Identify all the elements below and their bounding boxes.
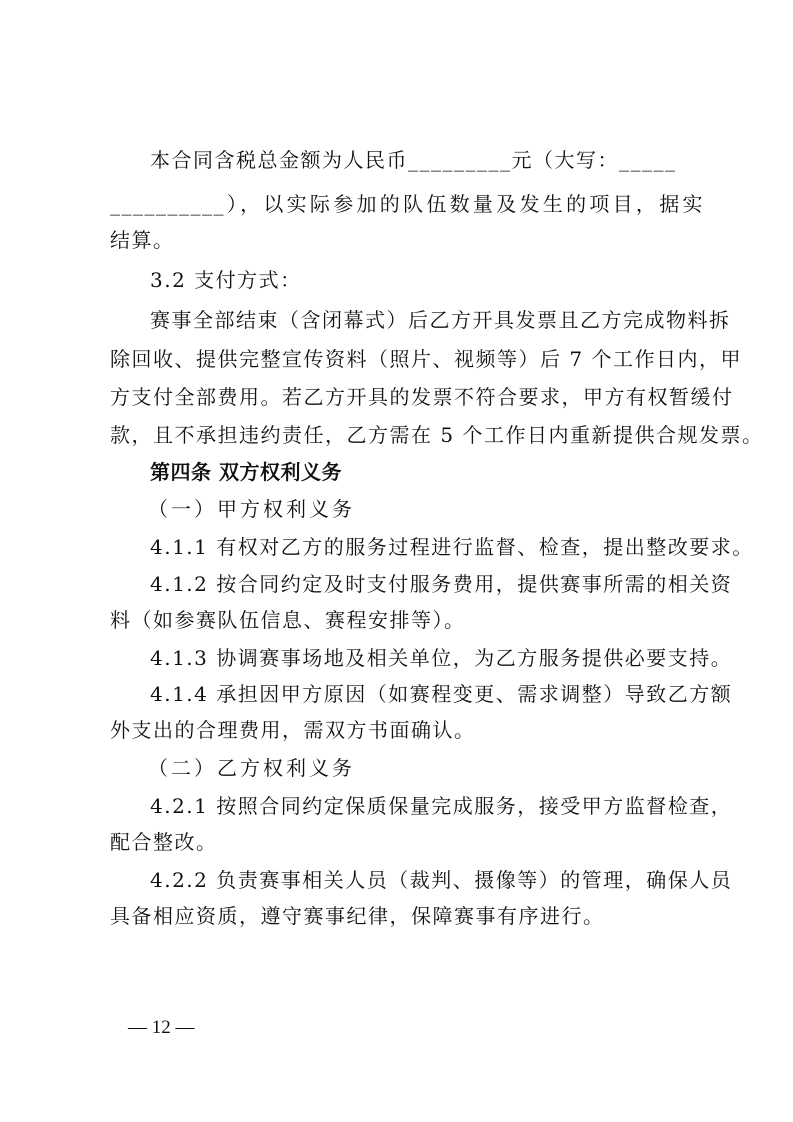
paragraph-line: 本合同含税总金额为人民币_________元（大写：_____ — [150, 148, 750, 172]
subsection-heading: （二）乙方权利义务 — [148, 756, 748, 780]
clause-line: 4.1.3 协调赛事场地及相关单位，为乙方服务提供必要支持。 — [150, 646, 750, 670]
paragraph-line: 款，且不承担违约责任，乙方需在 5 个工作日内重新提供合规发票。 — [110, 423, 704, 447]
clause-line: 4.1.2 按合同约定及时支付服务费用，提供赛事所需的相关资 — [150, 572, 704, 596]
paragraph-line: 方支付全部费用。若乙方开具的发票不符合要求，甲方有权暂缓付 — [110, 385, 704, 409]
clause-line: 4.2.1 按照合同约定保质保量完成服务，接受甲方监督检查， — [150, 794, 704, 818]
paragraph-line: 结算。 — [110, 228, 710, 252]
page-number: — 12 — — [128, 1017, 195, 1039]
clause-line: 4.1.1 有权对乙方的服务过程进行监督、检查，提出整改要求。 — [150, 535, 750, 559]
subsection-heading: （一）甲方权利义务 — [148, 497, 748, 521]
article-heading: 第四条 双方权利义务 — [150, 460, 750, 484]
clause-line: 具备相应资质，遵守赛事纪律，保障赛事有序进行。 — [110, 904, 710, 928]
clause-line: 配合整改。 — [110, 830, 710, 854]
clause-line: 外支出的合理费用，需双方书面确认。 — [110, 718, 710, 742]
clause-line: 4.1.4 承担因甲方原因（如赛程变更、需求调整）导致乙方额 — [150, 682, 704, 706]
clause-line: 4.2.2 负责赛事相关人员（裁判、摄像等）的管理，确保人员 — [150, 868, 704, 892]
paragraph-line: 除回收、提供完整宣传资料（照片、视频等）后 7 个工作日内，甲 — [110, 347, 704, 371]
paragraph-line: 赛事全部结束（含闭幕式）后乙方开具发票且乙方完成物料拆 — [150, 308, 704, 332]
clause-line: 料（如参赛队伍信息、赛程安排等）。 — [110, 608, 710, 632]
section-heading: 3.2 支付方式： — [150, 268, 750, 292]
paragraph-line: __________），以实际参加的队伍数量及发生的项目，据实 — [110, 192, 704, 216]
